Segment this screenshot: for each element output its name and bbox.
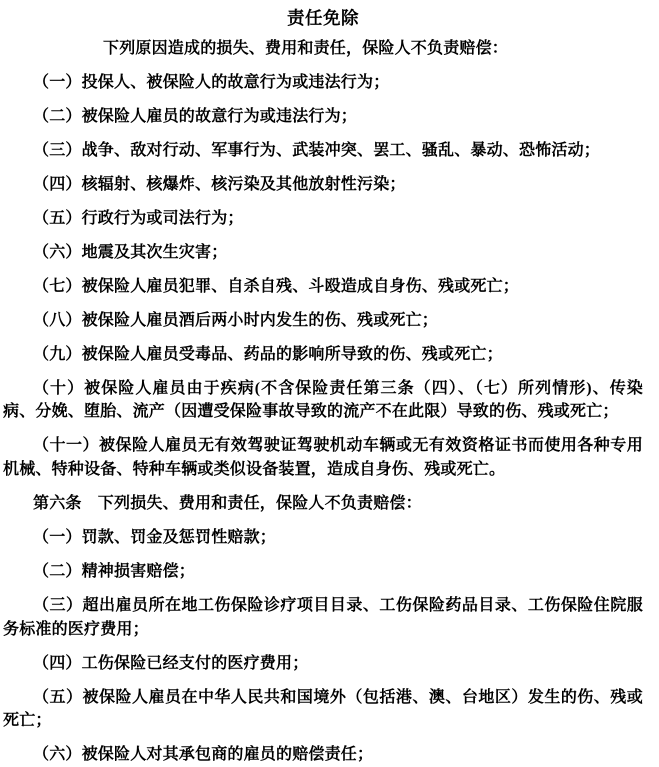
clause-item-7: （七）被保险人雇员犯罪、自杀自残、斗殴造成自身伤、残或死亡； <box>3 275 643 299</box>
policy-document: 责任免除 下列原因造成的损失、费用和责任，保险人不负责赔偿： （一）投保人、被保… <box>0 0 659 767</box>
clause-item-5: （五）行政行为或司法行为； <box>3 207 643 231</box>
article6-item-3: （三）超出雇员所在地工伤保险诊疗项目目录、工伤保险药品目录、工伤保险住院服务标准… <box>3 594 643 641</box>
clause-item-10: （十）被保险人雇员由于疾病(不含保险责任第三条（四）、（七）所列情形)、传染病、… <box>3 377 643 424</box>
clause-item-2: （二）被保险人雇员的故意行为或违法行为； <box>3 105 643 129</box>
clause-item-4: （四）核辐射、核爆炸、核污染及其他放射性污染； <box>3 173 643 197</box>
clause-item-1: （一）投保人、被保险人的故意行为或违法行为； <box>3 71 643 95</box>
intro-paragraph: 下列原因造成的损失、费用和责任，保险人不负责赔偿： <box>3 37 643 61</box>
clause-item-11: （十一）被保险人雇员无有效驾驶证驾驶机动车辆或无有效资格证书而使用各种专用机械、… <box>3 434 643 481</box>
article6-item-5: （五）被保险人雇员在中华人民共和国境外（包括港、澳、台地区）发生的伤、残或死亡； <box>3 686 643 733</box>
clause-item-3: （三）战争、敌对行动、军事行为、武装冲突、罢工、骚乱、暴动、恐怖活动； <box>3 139 643 163</box>
article6-item-4: （四）工伤保险已经支付的医疗费用； <box>3 652 643 676</box>
article6-heading: 第六条 下列损失、费用和责任，保险人不负责赔偿： <box>3 492 643 516</box>
article6-item-2: （二）精神损害赔偿； <box>3 560 643 584</box>
clause-item-9: （九）被保险人雇员受毒品、药品的影响所导致的伤、残或死亡； <box>3 343 643 367</box>
page-title: 责任免除 <box>3 6 643 30</box>
article6-item-6: （六）被保险人对其承包商的雇员的赔偿责任； <box>3 743 643 767</box>
clause-item-8: （八）被保险人雇员酒后两小时内发生的伤、残或死亡； <box>3 309 643 333</box>
clause-item-6: （六）地震及其次生灾害； <box>3 241 643 265</box>
article6-item-1: （一）罚款、罚金及惩罚性赔款； <box>3 526 643 550</box>
